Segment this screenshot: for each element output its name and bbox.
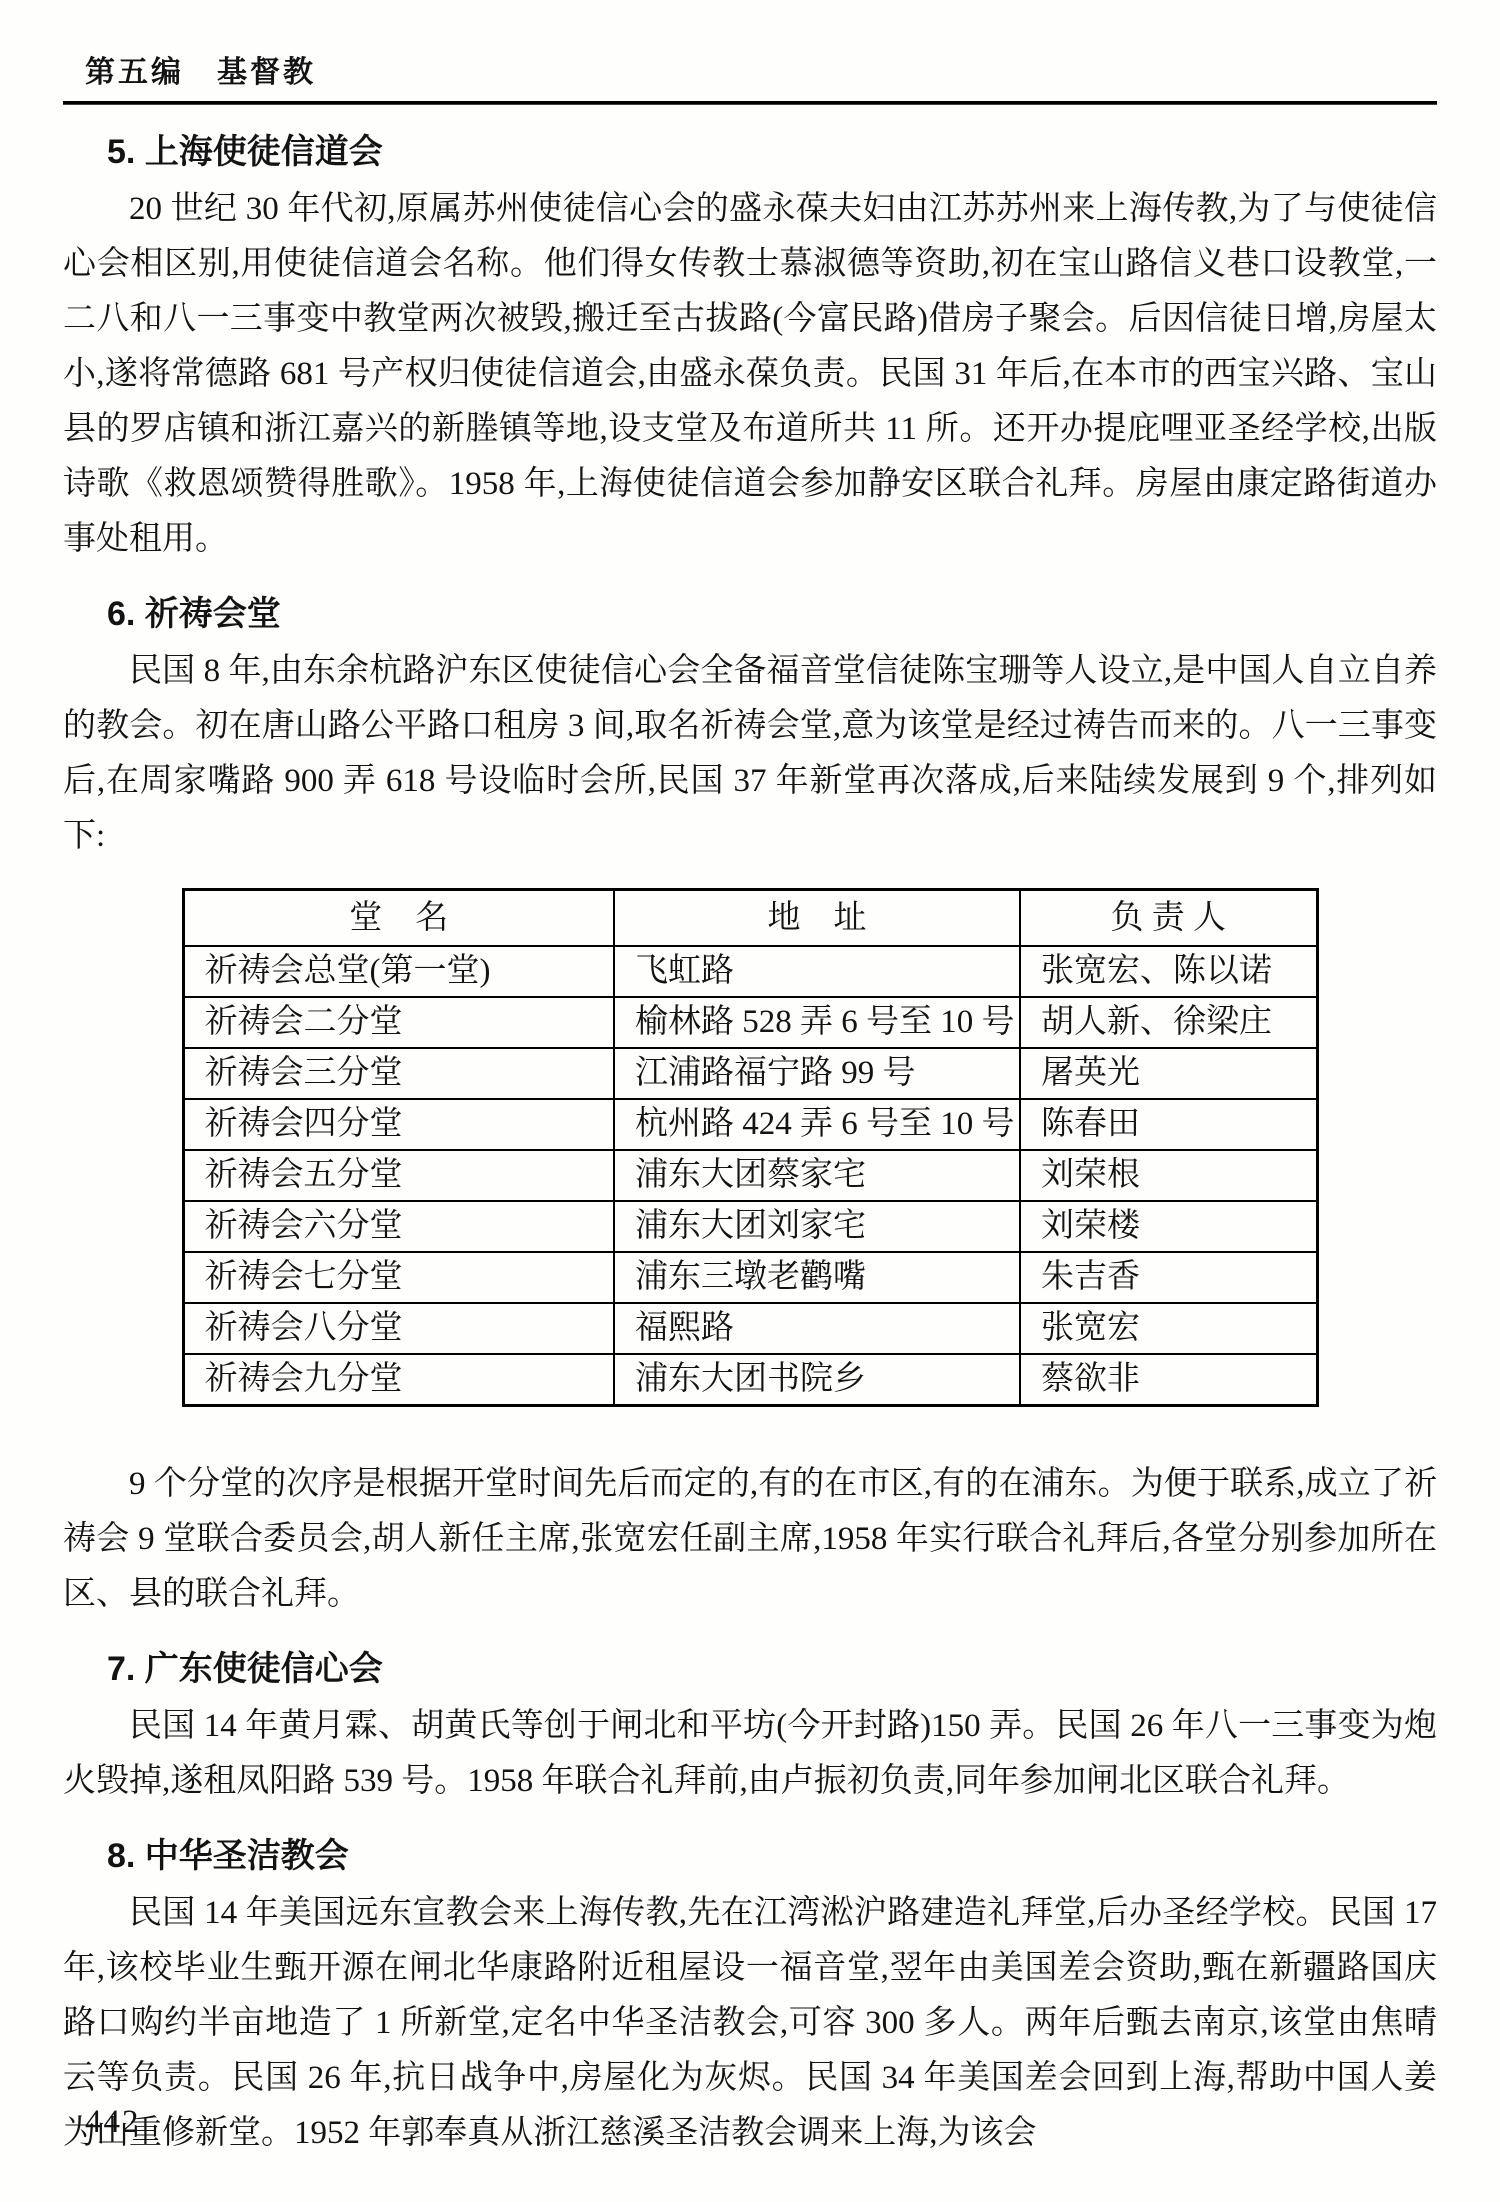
cell-person: 张宽宏、陈以诺: [1020, 946, 1317, 997]
cell-person: 胡人新、徐梁庄: [1020, 997, 1317, 1048]
table-row: 祈祷会三分堂 江浦路福宁路 99 号 屠英光: [183, 1048, 1317, 1099]
cell-address: 浦东三墩老鹳嘴: [614, 1252, 1020, 1303]
section-5-heading: 5. 上海使徒信道会: [63, 125, 1437, 180]
section-5-paragraph: 20 世纪 30 年代初,原属苏州使徒信心会的盛永葆夫妇由江苏苏州来上海传教,为…: [63, 182, 1437, 567]
table-header-hall-name: 堂 名: [183, 890, 614, 947]
cell-person: 陈春田: [1020, 1099, 1317, 1150]
prayer-halls-table: 堂 名 地 址 负 责 人 祈祷会总堂(第一堂) 飞虹路 张宽宏、陈以诺 祈祷会…: [182, 888, 1319, 1407]
section-6-paragraph: 民国 8 年,由东余杭路沪东区使徒信心会全备福音堂信徒陈宝珊等人设立,是中国人自…: [63, 644, 1437, 864]
page-number: 442: [85, 2095, 141, 2150]
cell-hall-name: 祈祷会八分堂: [183, 1303, 614, 1354]
cell-hall-name: 祈祷会七分堂: [183, 1252, 614, 1303]
table-row: 祈祷会九分堂 浦东大团书院乡 蔡欲非: [183, 1354, 1317, 1406]
cell-address: 浦东大团蔡家宅: [614, 1150, 1020, 1201]
cell-address: 杭州路 424 弄 6 号至 10 号: [614, 1099, 1020, 1150]
cell-hall-name: 祈祷会三分堂: [183, 1048, 614, 1099]
table-row: 祈祷会二分堂 榆林路 528 弄 6 号至 10 号 胡人新、徐梁庄: [183, 997, 1317, 1048]
table-row: 祈祷会总堂(第一堂) 飞虹路 张宽宏、陈以诺: [183, 946, 1317, 997]
cell-address: 江浦路福宁路 99 号: [614, 1048, 1020, 1099]
document-page: 第五编 基督教 5. 上海使徒信道会 20 世纪 30 年代初,原属苏州使徒信心…: [0, 0, 1500, 2202]
cell-hall-name: 祈祷会五分堂: [183, 1150, 614, 1201]
cell-person: 屠英光: [1020, 1048, 1317, 1099]
cell-person: 朱吉香: [1020, 1252, 1317, 1303]
cell-person: 刘荣根: [1020, 1150, 1317, 1201]
table-row: 祈祷会六分堂 浦东大团刘家宅 刘荣楼: [183, 1201, 1317, 1252]
section-7-heading: 7. 广东使徒信心会: [63, 1642, 1437, 1697]
section-6-heading: 6. 祈祷会堂: [63, 587, 1437, 642]
table-row: 祈祷会七分堂 浦东三墩老鹳嘴 朱吉香: [183, 1252, 1317, 1303]
table-row: 祈祷会四分堂 杭州路 424 弄 6 号至 10 号 陈春田: [183, 1099, 1317, 1150]
cell-person: 张宽宏: [1020, 1303, 1317, 1354]
section-8-paragraph: 民国 14 年美国远东宣教会来上海传教,先在江湾淞沪路建造礼拜堂,后办圣经学校。…: [63, 1886, 1437, 2161]
running-head: 第五编 基督教: [63, 54, 1437, 92]
cell-hall-name: 祈祷会六分堂: [183, 1201, 614, 1252]
cell-hall-name: 祈祷会二分堂: [183, 997, 614, 1048]
cell-address: 浦东大团刘家宅: [614, 1201, 1020, 1252]
section-8-heading: 8. 中华圣洁教会: [63, 1829, 1437, 1884]
table-header-person-in-charge: 负 责 人: [1020, 890, 1317, 947]
cell-address: 浦东大团书院乡: [614, 1354, 1020, 1406]
cell-address: 福熙路: [614, 1303, 1020, 1354]
section-7-paragraph: 民国 14 年黄月霖、胡黄氏等创于闸北和平坊(今开封路)150 弄。民国 26 …: [63, 1699, 1437, 1809]
cell-person: 蔡欲非: [1020, 1354, 1317, 1406]
cell-hall-name: 祈祷会总堂(第一堂): [183, 946, 614, 997]
cell-hall-name: 祈祷会九分堂: [183, 1354, 614, 1406]
cell-person: 刘荣楼: [1020, 1201, 1317, 1252]
cell-hall-name: 祈祷会四分堂: [183, 1099, 614, 1150]
table-row: 祈祷会五分堂 浦东大团蔡家宅 刘荣根: [183, 1150, 1317, 1201]
cell-address: 飞虹路: [614, 946, 1020, 997]
after-table-paragraph: 9 个分堂的次序是根据开堂时间先后而定的,有的在市区,有的在浦东。为便于联系,成…: [63, 1457, 1437, 1622]
table-row: 祈祷会八分堂 福熙路 张宽宏: [183, 1303, 1317, 1354]
header-rule: [63, 101, 1437, 105]
table-header-row: 堂 名 地 址 负 责 人: [183, 890, 1317, 947]
cell-address: 榆林路 528 弄 6 号至 10 号: [614, 997, 1020, 1048]
table-header-address: 地 址: [614, 890, 1020, 947]
